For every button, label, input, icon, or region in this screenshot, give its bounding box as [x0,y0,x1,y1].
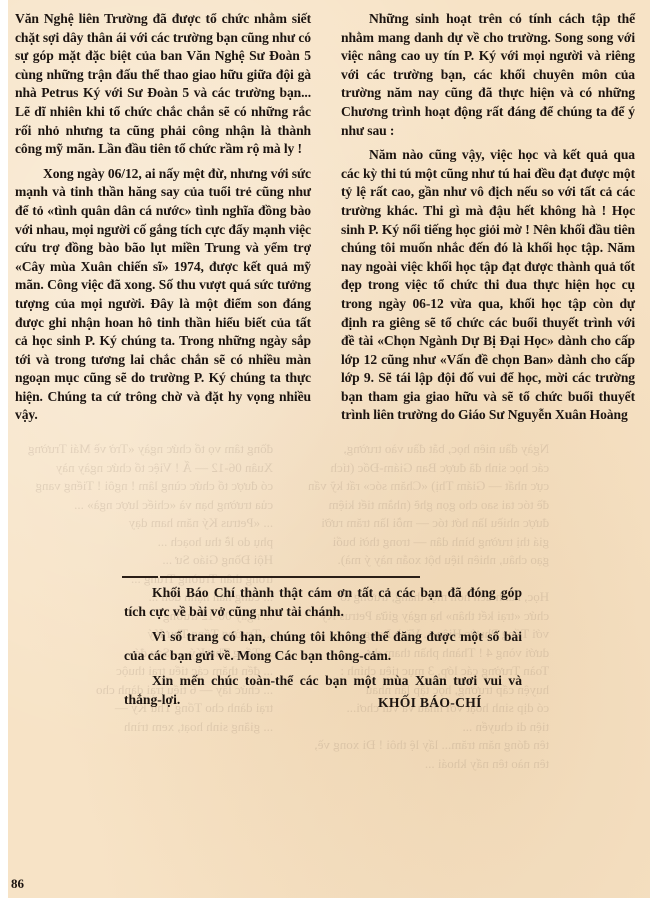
divider-rule-short [122,576,158,578]
article-right-column: Những sinh hoạt trên có tính cách tập th… [341,10,635,431]
magazine-page: Ngày đầu niên học, bắt đầu vào trường, c… [8,0,650,898]
divider-rule-long [160,576,420,578]
page-number: 86 [11,876,24,892]
article-paragraph: Những sinh hoạt trên có tính cách tập th… [341,10,635,140]
article-paragraph: Năm nào cũng vậy, việc học và kết quả qu… [341,146,635,425]
article-left-column: Văn Nghệ liên Trường đã được tổ chức nhằ… [15,10,311,431]
notice-paragraph: Khối Báo Chí thành thật cám ơn tất cả cá… [124,584,522,621]
article-paragraph: Xong ngày 06/12, ai nấy mệt đừ, nhưng vớ… [15,165,311,425]
notice-paragraph: Vì số trang có hạn, chúng tôi không thể … [124,628,522,665]
article-paragraph: Văn Nghệ liên Trường đã được tổ chức nhằ… [15,10,311,159]
notice-signature: KHỐI BÁO-CHÍ [378,695,482,711]
